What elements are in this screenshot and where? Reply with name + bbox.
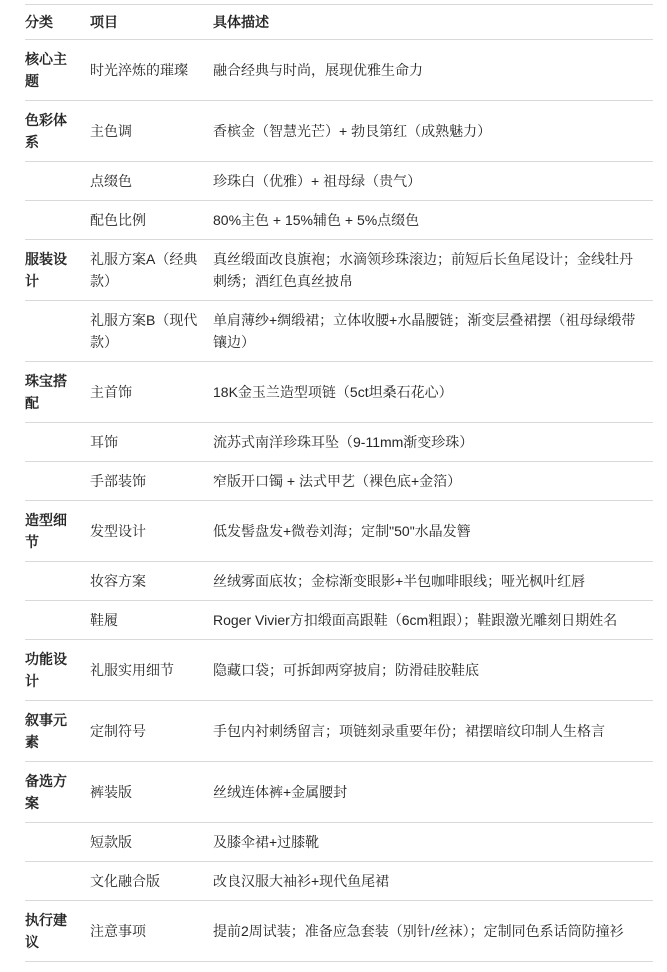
description-cell: 低发髻盘发+微卷刘海；定制"50"水晶发簪: [213, 501, 653, 562]
item-cell: 礼服实用细节: [90, 640, 213, 701]
item-cell: 手部装饰: [90, 462, 213, 501]
category-cell: [25, 862, 90, 901]
table-row: 珠宝搭配主首饰18K金玉兰造型项链（5ct坦桑石花心）: [25, 362, 653, 423]
item-cell: 礼服方案B（现代款）: [90, 301, 213, 362]
item-cell: 主首饰: [90, 362, 213, 423]
table-row: 色彩体系主色调香槟金（智慧光芒）+ 勃艮第红（成熟魅力）: [25, 101, 653, 162]
table-row: 造型细节发型设计低发髻盘发+微卷刘海；定制"50"水晶发簪: [25, 501, 653, 562]
description-cell: 改良汉服大袖衫+现代鱼尾裙: [213, 862, 653, 901]
item-cell: 妆容方案: [90, 562, 213, 601]
description-cell: 流苏式南洋珍珠耳坠（9-11mm渐变珍珠）: [213, 423, 653, 462]
column-header-description: 具体描述: [213, 5, 653, 40]
table-row: 短款版及膝伞裙+过膝靴: [25, 823, 653, 862]
spec-table: 分类 项目 具体描述 核心主题时光淬炼的璀璨融合经典与时尚，展现优雅生命力色彩体…: [25, 4, 653, 962]
item-cell: 点缀色: [90, 162, 213, 201]
table-body: 核心主题时光淬炼的璀璨融合经典与时尚，展现优雅生命力色彩体系主色调香槟金（智慧光…: [25, 40, 653, 962]
category-cell: [25, 162, 90, 201]
category-cell: [25, 601, 90, 640]
header-row: 分类 项目 具体描述: [25, 5, 653, 40]
category-cell: 服装设计: [25, 240, 90, 301]
table-row: 服装设计礼服方案A（经典款）真丝缎面改良旗袍；水滴领珍珠滚边；前短后长鱼尾设计；…: [25, 240, 653, 301]
item-cell: 短款版: [90, 823, 213, 862]
description-cell: 窄版开口镯 + 法式甲艺（裸色底+金箔）: [213, 462, 653, 501]
item-cell: 时光淬炼的璀璨: [90, 40, 213, 101]
category-cell: [25, 562, 90, 601]
table-row: 手部装饰窄版开口镯 + 法式甲艺（裸色底+金箔）: [25, 462, 653, 501]
table-row: 叙事元素定制符号手包内衬刺绣留言；项链刻录重要年份；裙摆暗纹印制人生格言: [25, 701, 653, 762]
category-cell: 功能设计: [25, 640, 90, 701]
item-cell: 文化融合版: [90, 862, 213, 901]
category-cell: 造型细节: [25, 501, 90, 562]
category-cell: 备选方案: [25, 762, 90, 823]
table-row: 文化融合版改良汉服大袖衫+现代鱼尾裙: [25, 862, 653, 901]
item-cell: 礼服方案A（经典款）: [90, 240, 213, 301]
item-cell: 主色调: [90, 101, 213, 162]
item-cell: 发型设计: [90, 501, 213, 562]
description-cell: 隐藏口袋；可拆卸两穿披肩；防滑硅胶鞋底: [213, 640, 653, 701]
category-cell: [25, 423, 90, 462]
table-row: 备选方案裤装版丝绒连体裤+金属腰封: [25, 762, 653, 823]
item-cell: 裤装版: [90, 762, 213, 823]
category-cell: 叙事元素: [25, 701, 90, 762]
table-row: 鞋履Roger Vivier方扣缎面高跟鞋（6cm粗跟）；鞋跟激光雕刻日期姓名: [25, 601, 653, 640]
table-row: 执行建议注意事项提前2周试装；准备应急套装（别针/丝袜）；定制同色系话筒防撞衫: [25, 901, 653, 962]
item-cell: 鞋履: [90, 601, 213, 640]
item-cell: 耳饰: [90, 423, 213, 462]
document-page: 分类 项目 具体描述 核心主题时光淬炼的璀璨融合经典与时尚，展现优雅生命力色彩体…: [0, 0, 667, 972]
description-cell: 18K金玉兰造型项链（5ct坦桑石花心）: [213, 362, 653, 423]
category-cell: 珠宝搭配: [25, 362, 90, 423]
description-cell: 真丝缎面改良旗袍；水滴领珍珠滚边；前短后长鱼尾设计；金线牡丹刺绣；酒红色真丝披帛: [213, 240, 653, 301]
category-cell: 色彩体系: [25, 101, 90, 162]
category-cell: [25, 462, 90, 501]
description-cell: 提前2周试装；准备应急套装（别针/丝袜）；定制同色系话筒防撞衫: [213, 901, 653, 962]
table-row: 耳饰流苏式南洋珍珠耳坠（9-11mm渐变珍珠）: [25, 423, 653, 462]
description-cell: 及膝伞裙+过膝靴: [213, 823, 653, 862]
description-cell: Roger Vivier方扣缎面高跟鞋（6cm粗跟）；鞋跟激光雕刻日期姓名: [213, 601, 653, 640]
table-row: 功能设计礼服实用细节隐藏口袋；可拆卸两穿披肩；防滑硅胶鞋底: [25, 640, 653, 701]
item-cell: 配色比例: [90, 201, 213, 240]
table-row: 配色比例80%主色 + 15%辅色 + 5%点缀色: [25, 201, 653, 240]
item-cell: 定制符号: [90, 701, 213, 762]
category-cell: [25, 301, 90, 362]
table-row: 妆容方案丝绒雾面底妆；金棕渐变眼影+半包咖啡眼线；哑光枫叶红唇: [25, 562, 653, 601]
description-cell: 单肩薄纱+绸缎裙；立体收腰+水晶腰链；渐变层叠裙摆（祖母绿缎带镶边）: [213, 301, 653, 362]
description-cell: 融合经典与时尚，展现优雅生命力: [213, 40, 653, 101]
description-cell: 80%主色 + 15%辅色 + 5%点缀色: [213, 201, 653, 240]
category-cell: 执行建议: [25, 901, 90, 962]
column-header-category: 分类: [25, 5, 90, 40]
category-cell: [25, 201, 90, 240]
description-cell: 丝绒雾面底妆；金棕渐变眼影+半包咖啡眼线；哑光枫叶红唇: [213, 562, 653, 601]
column-header-item: 项目: [90, 5, 213, 40]
description-cell: 香槟金（智慧光芒）+ 勃艮第红（成熟魅力）: [213, 101, 653, 162]
description-cell: 手包内衬刺绣留言；项链刻录重要年份；裙摆暗纹印制人生格言: [213, 701, 653, 762]
table-row: 礼服方案B（现代款）单肩薄纱+绸缎裙；立体收腰+水晶腰链；渐变层叠裙摆（祖母绿缎…: [25, 301, 653, 362]
table-row: 核心主题时光淬炼的璀璨融合经典与时尚，展现优雅生命力: [25, 40, 653, 101]
category-cell: [25, 823, 90, 862]
description-cell: 珍珠白（优雅）+ 祖母绿（贵气）: [213, 162, 653, 201]
description-cell: 丝绒连体裤+金属腰封: [213, 762, 653, 823]
category-cell: 核心主题: [25, 40, 90, 101]
table-row: 点缀色珍珠白（优雅）+ 祖母绿（贵气）: [25, 162, 653, 201]
item-cell: 注意事项: [90, 901, 213, 962]
